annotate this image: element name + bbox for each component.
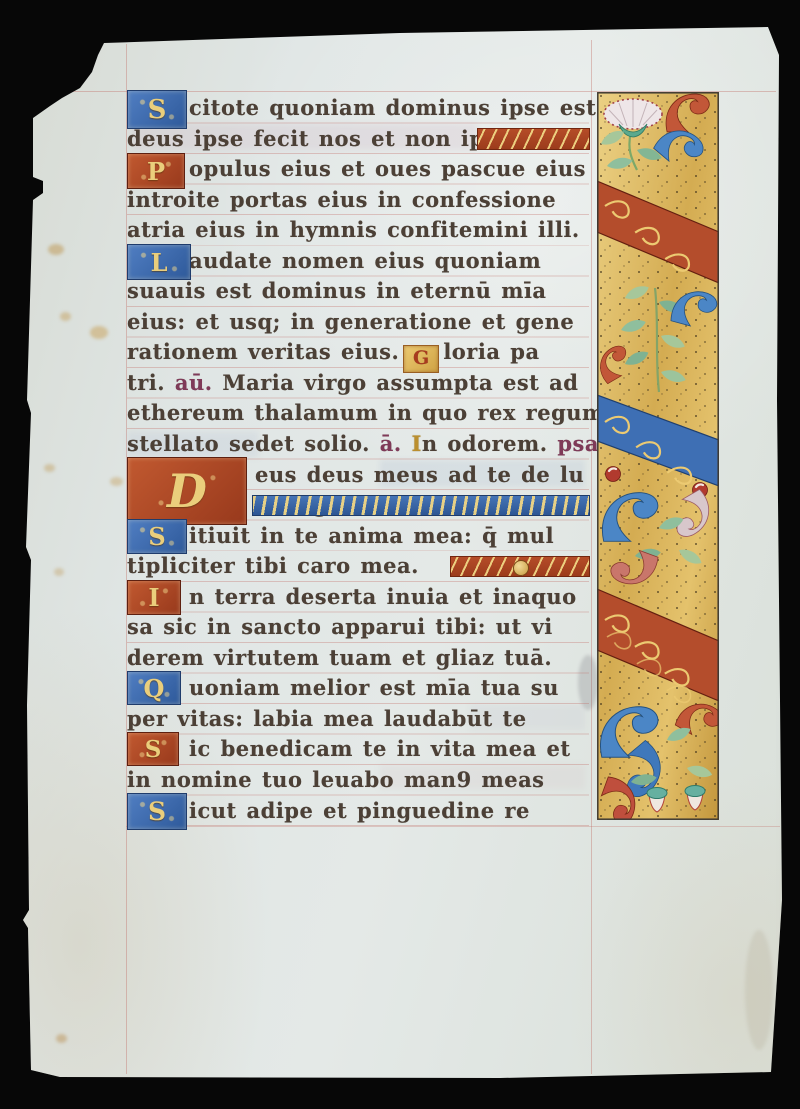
line-text: per vitas: labia mea laudabūt te xyxy=(127,706,527,731)
line-text: itiuit in te anima mea: q̄ mul xyxy=(189,523,554,548)
line-text: ic benedicam te in vita mea et xyxy=(189,736,571,761)
stain xyxy=(110,477,123,486)
text-line: sa sic in sancto apparui tibi: ut vi xyxy=(127,612,589,643)
text-line: ethereum thalamum in quo rex regum xyxy=(127,398,589,429)
decorated-initial-D: D xyxy=(127,457,247,525)
stain xyxy=(48,244,64,255)
rubric-text: aū. xyxy=(175,370,223,395)
text-line: uoniam melior est mīa tua su xyxy=(127,673,589,704)
line-text: tri. xyxy=(127,370,175,395)
text-line: itiuit in te anima mea: q̄ mul xyxy=(127,521,589,552)
text-line: audate nomen eius quoniam xyxy=(127,246,589,277)
decorated-initial-S: S xyxy=(127,90,187,129)
text-line: opulus eius et oues pascue eius xyxy=(127,154,589,185)
line-text: icut adipe et pinguedine re xyxy=(189,798,530,823)
line-text: citote quoniam dominus ipse est xyxy=(189,95,596,120)
line-text: n odorem. xyxy=(422,431,558,456)
decorated-initial-P: P xyxy=(127,153,185,189)
decorated-initial-Q: Q xyxy=(127,671,181,705)
text-line: rationem veritas eius.Gloria pa xyxy=(127,337,589,368)
text-line: stellato sedet solio. ā. In odorem. psal… xyxy=(127,429,589,460)
decorated-initial-S: S xyxy=(127,519,187,554)
line-text: audate nomen eius quoniam xyxy=(189,248,541,273)
text-line: n terra deserta inuia et inaquo xyxy=(127,582,589,613)
red-berry xyxy=(606,467,621,482)
ruling-vertical-right xyxy=(591,40,592,1074)
text-line: in nomine tuo leuabo man9 meas xyxy=(127,765,589,796)
illuminated-border-panel xyxy=(597,92,719,820)
text-line: atria eius in hymnis confitemini illi. xyxy=(127,215,589,246)
line-text: opulus eius et oues pascue eius xyxy=(189,156,586,181)
line-text: tipliciter tibi caro mea. xyxy=(127,553,419,578)
line-text: eus deus meus ad te de lu xyxy=(255,462,584,487)
line-text: uoniam melior est mīa tua su xyxy=(189,675,559,700)
stain xyxy=(54,568,64,576)
text-line: suauis est dominus in eternū mīa xyxy=(127,276,589,307)
gold-dot xyxy=(513,560,529,576)
line-filler-blue xyxy=(252,495,590,516)
line-filler-red xyxy=(450,556,590,577)
stain xyxy=(90,326,108,339)
text-line: ic benedicam te in vita mea et xyxy=(127,734,589,765)
line-text: rationem veritas eius. xyxy=(127,339,399,364)
line-text: Maria virgo assumpta est ad xyxy=(222,370,578,395)
line-text: in nomine tuo leuabo man9 meas xyxy=(127,767,545,792)
text-line: eius: et usq; in generatione et gene xyxy=(127,307,589,338)
line-text: atria eius in hymnis confitemini illi. xyxy=(127,217,580,242)
text-line: derem virtutem tuam et gliaz tuā. xyxy=(127,643,589,674)
line-text: stellato sedet solio. xyxy=(127,431,380,456)
decorated-initial-S: S xyxy=(127,793,187,830)
line-text: eius: et usq; in generatione et gene xyxy=(127,309,574,334)
manuscript-leaf: citote quoniam dominus ipse est deus ips… xyxy=(0,0,800,1109)
stain xyxy=(60,312,71,321)
text-line: per vitas: labia mea laudabūt te xyxy=(127,704,589,735)
line-filler-red xyxy=(477,128,590,150)
line-text: sa sic in sancto apparui tibi: ut vi xyxy=(127,614,553,639)
photo-background: citote quoniam dominus ipse est deus ips… xyxy=(0,0,800,1109)
line-text: loria pa xyxy=(443,339,539,364)
text-line: icut adipe et pinguedine re xyxy=(127,796,589,827)
text-line: citote quoniam dominus ipse est xyxy=(127,93,589,124)
stain xyxy=(56,1034,67,1043)
decorated-initial-L: L xyxy=(127,244,191,280)
line-text: ethereum thalamum in quo rex regum xyxy=(127,400,605,425)
decorated-initial-I: I xyxy=(127,580,181,615)
line-text: n terra deserta inuia et inaquo xyxy=(189,584,577,609)
speckle-cluster xyxy=(745,930,773,1050)
stain xyxy=(44,464,55,472)
text-line: introite portas eius in confessione xyxy=(127,185,589,216)
line-text: introite portas eius in confessione xyxy=(127,187,556,212)
rubric-text: ā. xyxy=(380,431,412,456)
text-line: tri. aū. Maria virgo assumpta est ad xyxy=(127,368,589,399)
line-text: derem virtutem tuam et gliaz tuā. xyxy=(127,645,552,670)
line-text: suauis est dominus in eternū mīa xyxy=(127,278,547,303)
decorated-initial-S: S xyxy=(127,732,179,766)
gold-initial-text: I xyxy=(411,431,421,456)
